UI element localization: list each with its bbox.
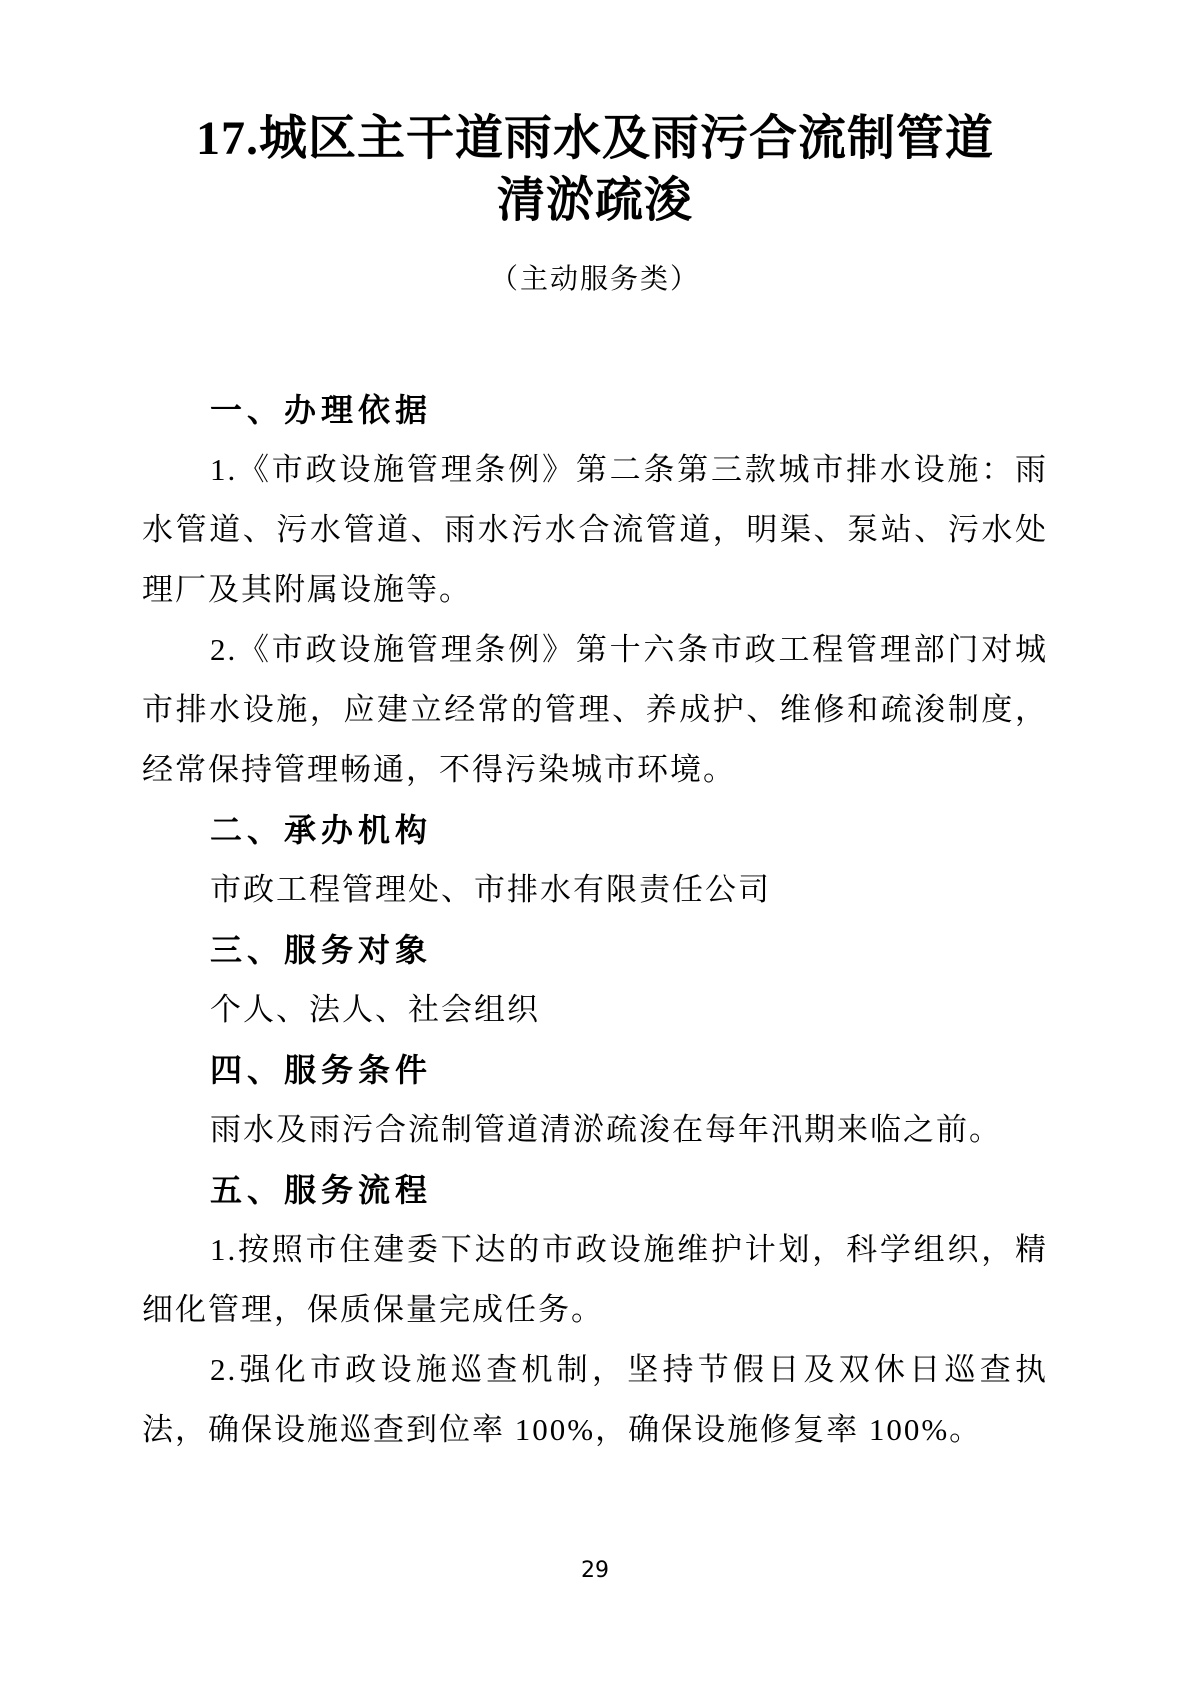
section-5-paragraph-1: 1.按照市住建委下达的市政设施维护计划，科学组织，精细化管理，保质保量完成任务。 (142, 1220, 1048, 1340)
section-2-paragraph-1: 市政工程管理处、市排水有限责任公司 (142, 860, 1048, 920)
section-heading-4: 四、服务条件 (142, 1040, 1048, 1100)
page-title-line-2: 清淤疏浚 (497, 174, 693, 227)
section-4-paragraph-1: 雨水及雨污合流制管道清淤疏浚在每年汛期来临之前。 (142, 1100, 1048, 1160)
page-subtitle: （主动服务类） (142, 258, 1048, 302)
section-1-paragraph-2: 2.《市政设施管理条例》第十六条市政工程管理部门对城市排水设施，应建立经常的管理… (142, 620, 1048, 800)
document-page: 17.城区主干道雨水及雨污合流制管道 清淤疏浚 （主动服务类） 一、办理依据 1… (0, 0, 1190, 1683)
section-heading-2: 二、承办机构 (142, 800, 1048, 860)
section-heading-3: 三、服务对象 (142, 920, 1048, 980)
section-3-paragraph-1: 个人、法人、社会组织 (142, 980, 1048, 1040)
section-1-paragraph-1: 1.《市政设施管理条例》第二条第三款城市排水设施：雨水管道、污水管道、雨水污水合… (142, 440, 1048, 620)
document-content: 17.城区主干道雨水及雨污合流制管道 清淤疏浚 （主动服务类） 一、办理依据 1… (142, 0, 1048, 1460)
section-heading-1: 一、办理依据 (142, 380, 1048, 440)
page-title: 17.城区主干道雨水及雨污合流制管道 清淤疏浚 (142, 0, 1048, 232)
page-number: 29 (0, 1556, 1190, 1586)
section-5-paragraph-2: 2.强化市政设施巡查机制，坚持节假日及双休日巡查执法，确保设施巡查到位率 100… (142, 1340, 1048, 1460)
document-body: 一、办理依据 1.《市政设施管理条例》第二条第三款城市排水设施：雨水管道、污水管… (142, 380, 1048, 1460)
page-title-line-1: 17.城区主干道雨水及雨污合流制管道 (196, 112, 994, 165)
section-heading-5: 五、服务流程 (142, 1160, 1048, 1220)
